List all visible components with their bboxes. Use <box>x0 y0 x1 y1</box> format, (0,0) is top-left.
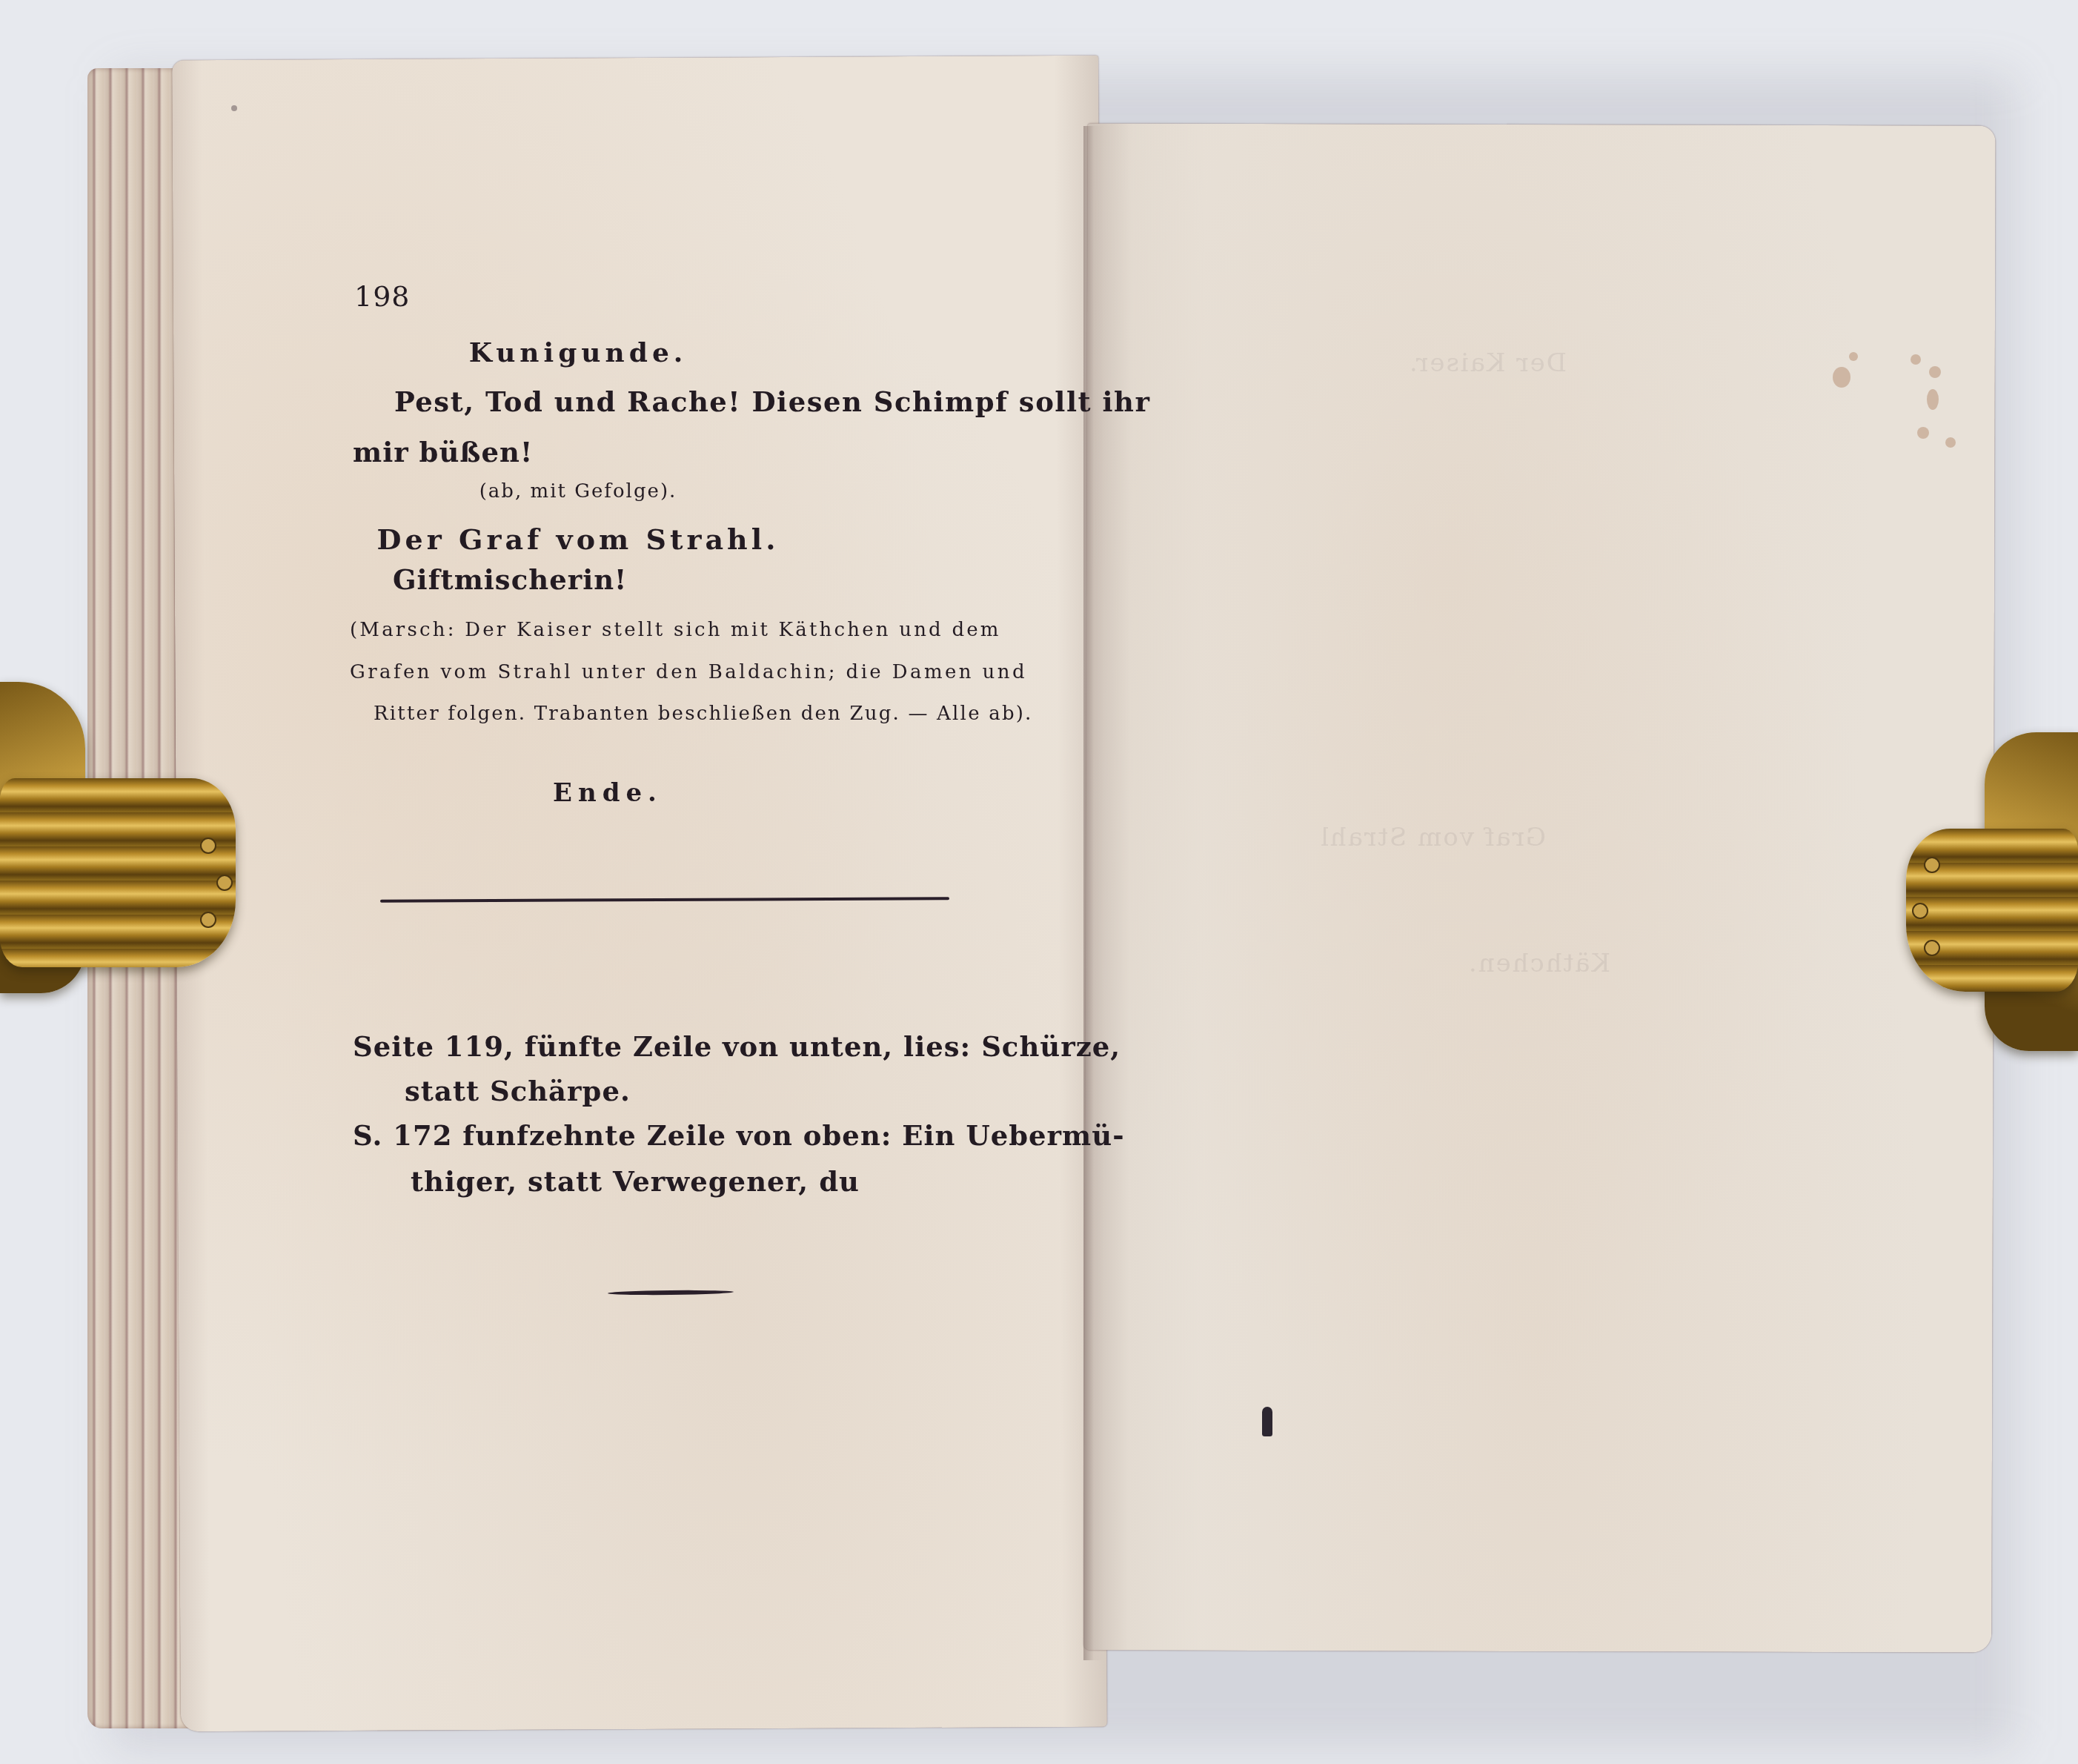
speaker-name: Der Graf vom Strahl. <box>0 523 1156 556</box>
dialogue-line: Pest, Tod und Rache! Diesen Schimpf soll… <box>394 385 1150 418</box>
errata-line: statt Schärpe. <box>405 1075 631 1107</box>
fingernail <box>1912 903 1928 919</box>
dialogue-line: mir büßen! <box>353 436 533 468</box>
page-number: 198 <box>354 280 411 313</box>
foxing-stain <box>1849 352 1858 361</box>
fingernail <box>1924 940 1940 956</box>
foxing-stain <box>1911 354 1921 365</box>
errata-line: Seite 119, fünfte Zeile von unten, lies:… <box>353 1030 1121 1063</box>
fingernail <box>200 912 216 928</box>
ink-speck <box>231 105 237 111</box>
foxing-stain <box>1917 427 1929 439</box>
right-brass-hand-icon <box>1906 829 2078 992</box>
speaker-name: Kunigunde. <box>0 337 1156 368</box>
show-through-text: Der Kaiser. <box>1408 348 1567 378</box>
foxing-stain <box>1945 437 1956 448</box>
stage-direction: (ab, mit Gefolge). <box>0 480 1156 503</box>
fingernail <box>1924 857 1940 873</box>
left-page <box>172 56 1107 1732</box>
stage-direction-line: Ritter folgen. Trabanten beschließen den… <box>374 703 1033 725</box>
show-through-text: Käthchen. <box>1467 949 1610 978</box>
stage-direction-line: Grafen vom Strahl unter den Baldachin; d… <box>350 661 1027 683</box>
paper-damage-mark <box>1262 1407 1272 1436</box>
foxing-stain <box>1929 366 1941 378</box>
dialogue-line: Giftmischerin! <box>393 563 627 596</box>
errata-line: S. 172 funfzehnte Zeile von oben: Ein Ue… <box>353 1119 1125 1152</box>
foxing-stain <box>1927 389 1939 410</box>
fingernail <box>216 875 233 891</box>
errata-line: thiger, statt Verwegener, du <box>411 1165 860 1198</box>
fingernail <box>200 838 216 854</box>
foxing-stain <box>1833 367 1850 388</box>
left-brass-hand-icon <box>0 778 236 967</box>
show-through-text: Graf vom Strahl <box>1319 823 1546 852</box>
stage-direction-line: (Marsch: Der Kaiser stellt sich mit Käth… <box>350 619 1001 641</box>
